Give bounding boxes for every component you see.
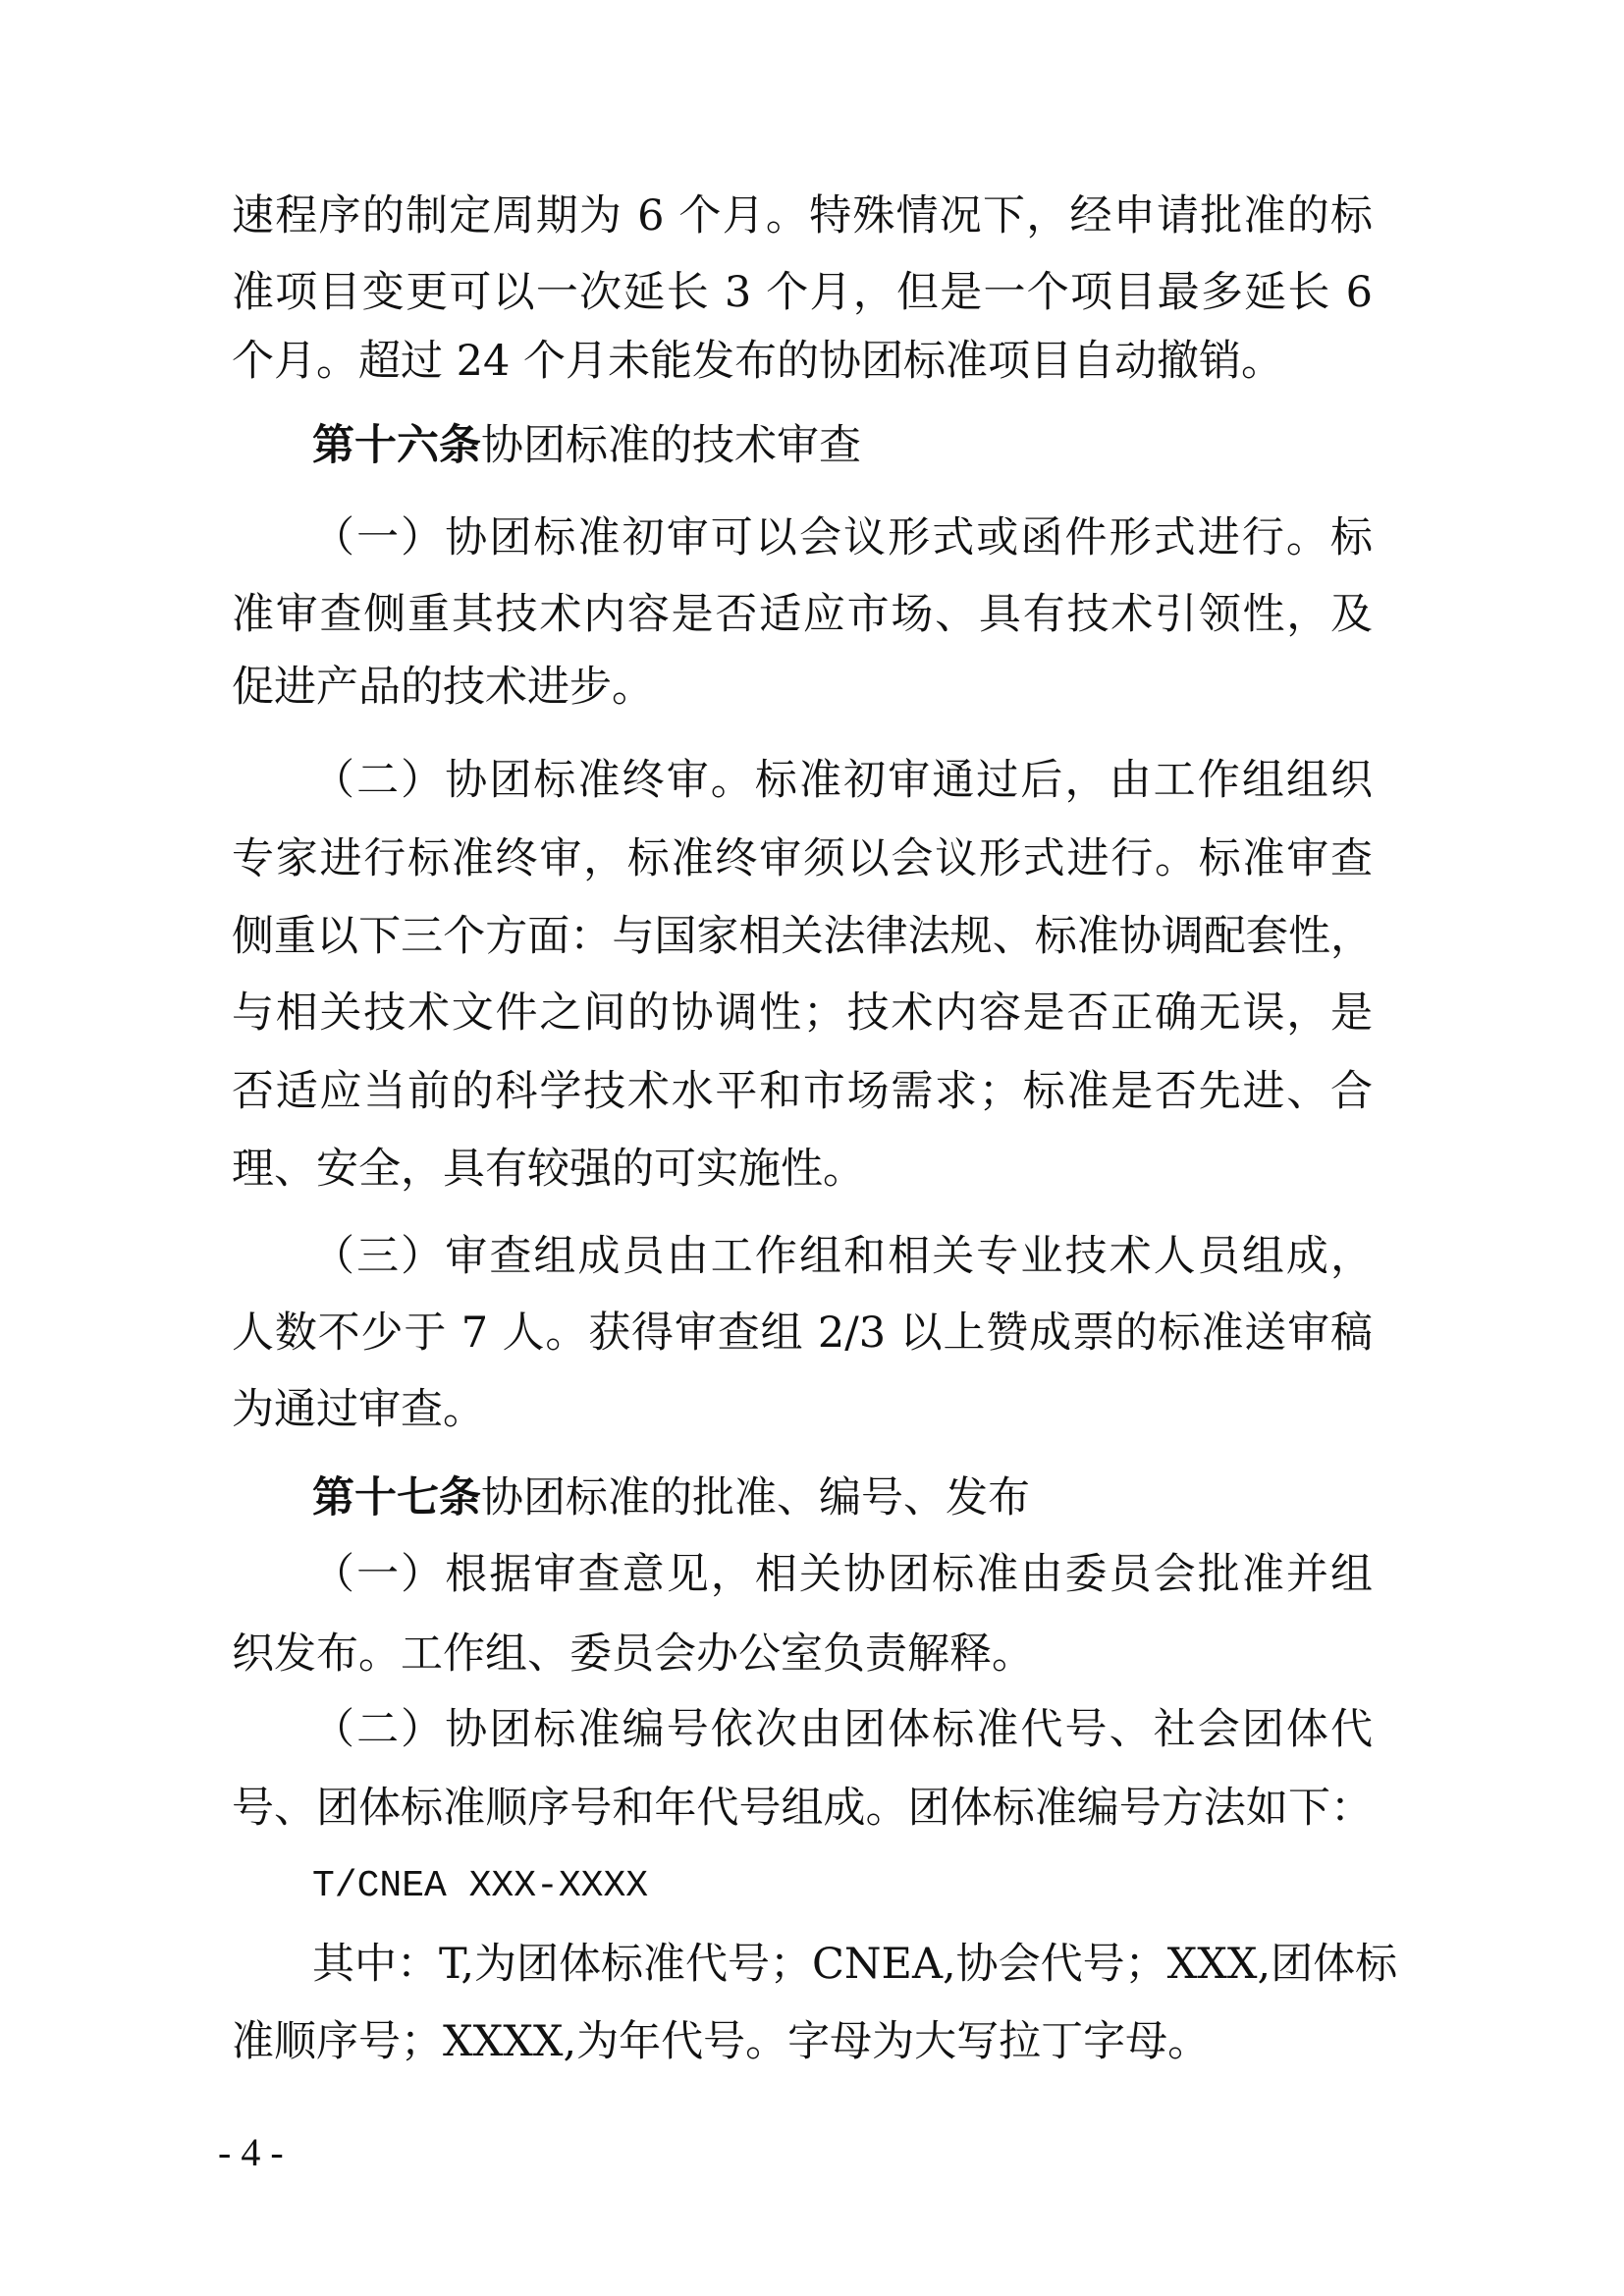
article-16-heading: 第十六条协团标准的技术审查 [312, 418, 1373, 473]
paragraph-line: 促进产品的技术进步。 [232, 660, 1373, 715]
paragraph-line: 为通过审查。 [232, 1382, 1373, 1437]
document-page: 速程序的制定周期为 6 个月。特殊情况下，经申请批准的标 准项目变更可以一次延长… [0, 0, 1624, 2296]
article-16-number: 第十六条 [312, 421, 481, 470]
paragraph-line: 个月。超过 24 个月未能发布的协团标准项目自动撤销。 [232, 334, 1373, 389]
paragraph-line: 速程序的制定周期为 6 个月。特殊情况下，经申请批准的标 [232, 188, 1373, 243]
paragraph-line: 织发布。工作组、委员会办公室负责解释。 [232, 1627, 1373, 1682]
paragraph-line: （二）协团标准编号依次由团体标准代号、社会团体代 [312, 1702, 1373, 1757]
paragraph-line: 否适应当前的科学技术水平和市场需求；标准是否先进、合 [232, 1064, 1373, 1119]
paragraph-line: 其中：T,为团体标准代号；CNEA,协会代号；XXX,团体标 [312, 1937, 1373, 1992]
paragraph-line: 与相关技术文件之间的协调性；技术内容是否正确无误，是 [232, 986, 1373, 1041]
paragraph-line: 准项目变更可以一次延长 3 个月，但是一个项目最多延长 6 [232, 265, 1373, 320]
page-number: - 4 - [218, 2128, 284, 2177]
paragraph-line: （二）协团标准终审。标准初审通过后，由工作组组织 [312, 753, 1373, 808]
paragraph-line: 准审查侧重其技术内容是否适应市场、具有技术引领性，及 [232, 587, 1373, 642]
paragraph-line: 理、安全，具有较强的可实施性。 [232, 1142, 1373, 1197]
paragraph-line: 专家进行标准终审，标准终审须以会议形式进行。标准审查 [232, 831, 1373, 886]
paragraph-line: （一）根据审查意见，相关协团标准由委员会批准并组 [312, 1547, 1373, 1602]
paragraph-line: 准顺序号；XXXX,为年代号。字母为大写拉丁字母。 [232, 2014, 1373, 2069]
paragraph-line: （一）协团标准初审可以会议形式或函件形式进行。标 [312, 510, 1373, 565]
article-16-title: 协团标准的技术审查 [481, 421, 861, 470]
paragraph-line: 侧重以下三个方面：与国家相关法律法规、标准协调配套性， [232, 909, 1373, 964]
standard-code-format: T/CNEA XXX-XXXX [312, 1859, 1373, 1914]
article-17-heading: 第十七条协团标准的批准、编号、发布 [312, 1470, 1373, 1525]
article-17-number: 第十七条 [312, 1473, 481, 1522]
paragraph-line: 号、团体标准顺序号和年代号组成。团体标准编号方法如下： [232, 1781, 1373, 1836]
article-17-title: 协团标准的批准、编号、发布 [481, 1473, 1030, 1522]
paragraph-line: （三）审查组成员由工作组和相关专业技术人员组成， [312, 1229, 1373, 1284]
paragraph-line: 人数不少于 7 人。获得审查组 2/3 以上赞成票的标准送审稿 [232, 1306, 1373, 1361]
